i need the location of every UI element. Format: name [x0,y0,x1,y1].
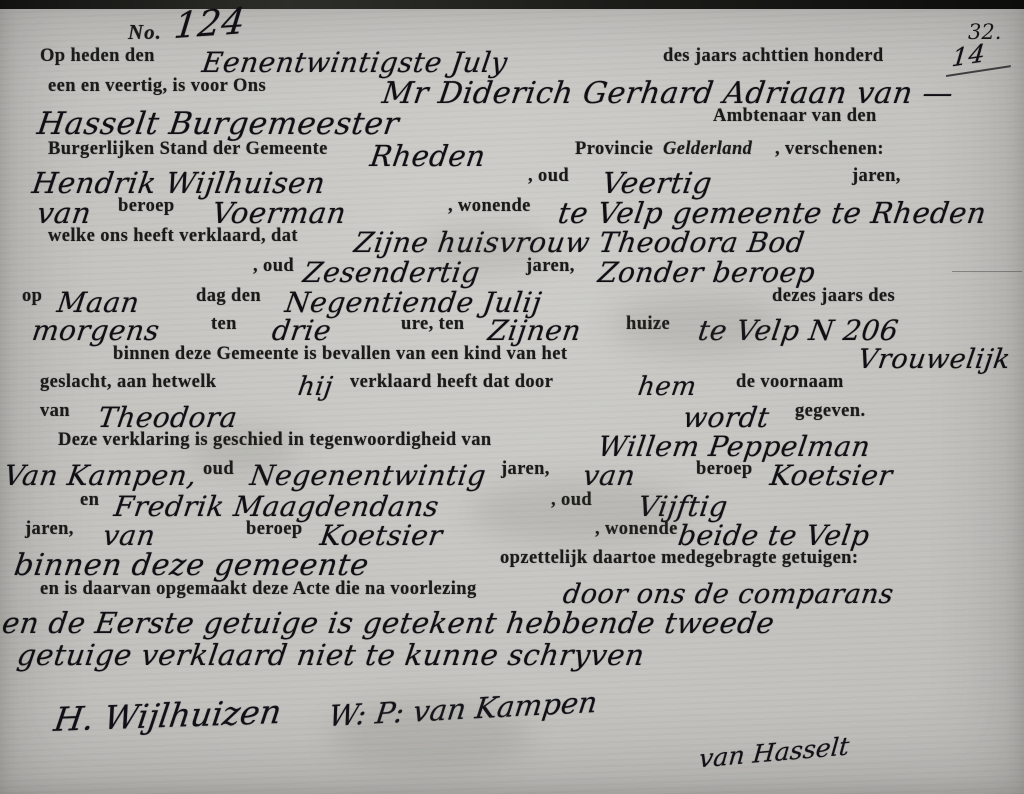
scan-scratch [952,271,1022,272]
handwritten-text: van [581,459,638,492]
printed-text: ure, ten [401,314,465,335]
document-page: No. 124 32. 14 Op heden denEenentwintigs… [0,0,1024,794]
printed-text: verklaard heeft dat door [350,372,553,393]
document-line: binnen deze gemeenteopzettelijk daartoe … [0,548,1024,582]
document-line: welke ons heeft verklaard, datZijne huis… [0,226,1024,260]
printed-text: jaren, [852,166,901,187]
handwritten-text: hij [296,372,335,402]
printed-text: geslacht, aan hetwelk [40,372,216,393]
document-line: Van Kampen,oudNegenentwintigjaren,vanber… [0,459,1024,493]
printed-text: en [80,490,99,511]
printed-text: op [22,286,42,307]
handwritten-text: te Velp N 206 [696,314,901,347]
document-line: Hasselt BurgemeesterAmbtenaar van den [0,106,1024,140]
handwritten-text: van [35,196,94,230]
handwritten-text: binnen deze gemeente [12,548,371,583]
printed-text: Burgerlijken Stand der Gemeente [48,139,328,160]
document-line: Hendrik Wijlhuisen, oudVeertigjaren, [0,166,1024,200]
handwritten-text: en de Eerste getuige is getekent hebbend… [0,606,777,640]
act-number-value: 124 [172,1,247,47]
printed-text: een en veertig, is voor Ons [48,76,266,97]
printed-text: , wonende [448,196,531,217]
printed-text: , wonende [595,519,678,540]
printed-text: en is daarvan opgemaakt deze Acte die na… [40,579,477,600]
document-line: en de Eerste getuige is getekent hebbend… [0,606,1024,640]
handwritten-text: Zijnen [486,314,583,347]
printed-text: jaren, [501,459,550,480]
handwritten-text: Zesendertig [301,256,482,289]
printed-text: jaren, [25,519,74,540]
printed-text: beroep [696,459,753,480]
printed-text: jaren, [526,256,575,277]
handwritten-text: te Velp gemeente te Rheden [556,196,989,230]
handwritten-text: getuige verklaard niet te kunne schryven [15,638,647,672]
printed-text: beroep [246,519,303,540]
handwritten-text: Zonder beroep [596,256,817,289]
handwritten-text: Negenentwintig [248,459,488,492]
handwritten-text: hem [636,372,699,402]
handwritten-text: Eenentwintigste July [200,46,510,79]
handwritten-text: Hendrik Wijlhuisen [30,166,328,200]
handwritten-text: Koetsier [768,459,895,492]
printed-text: Op heden den [40,46,155,67]
act-number-label: No. [128,20,162,45]
printed-text: Gelderland [663,139,752,160]
document-line: Op heden denEenentwintigste Julydes jaar… [0,46,1024,80]
printed-text: Deze verklaring is geschied in tegenwoor… [58,430,492,451]
document-line: vanberoepVoerman, wonendete Velp gemeent… [0,196,1024,230]
printed-text: , oud [253,256,294,277]
document-line: , oudZesendertigjaren,Zonder beroep [0,256,1024,290]
printed-text: beroep [118,196,175,217]
printed-text: , oud [528,166,569,187]
printed-text: , oud [551,490,592,511]
printed-text: binnen deze Gemeente is bevallen van een… [113,344,567,365]
handwritten-text: Van Kampen, [2,459,199,492]
printed-text: gegeven. [795,401,866,422]
printed-text: ten [211,314,237,335]
printed-text: van [40,401,70,422]
printed-text: Provincie [575,139,653,160]
printed-text: welke ons heeft verklaard, dat [48,226,298,247]
printed-text: huize [626,314,670,335]
signature: W: P: van Kampen [327,685,599,733]
printed-text: dezes jaars des [772,286,895,307]
handwritten-text: Veertig [600,166,714,200]
printed-text: dag den [196,286,261,307]
scan-edge [0,0,1024,9]
handwritten-text: Voerman [210,196,349,230]
printed-text: opzettelijk daartoe medegebragte getuige… [500,548,858,569]
printed-text: des jaars achttien honderd [663,46,884,67]
document-line: morgenstendrieure, tenZijnenhuizete Velp… [0,314,1024,348]
document-line: een en veertig, is voor OnsMr Diderich G… [0,76,1024,110]
handwritten-text: Zijne huisvrouw Theodora Bod [352,226,807,259]
handwritten-text: drie [270,314,333,347]
handwritten-text: morgens [30,314,162,347]
handwritten-text: Vrouwelijk [856,344,1013,375]
signature: van Hasselt [698,732,851,774]
printed-text: oud [203,459,234,480]
printed-text: de voornaam [736,372,844,393]
printed-text: , verschenen: [775,139,884,160]
printed-text: Ambtenaar van den [713,106,877,127]
signature: H. Wijlhuizen [52,692,284,739]
handwritten-text: Hasselt Burgemeester [35,106,401,142]
document-line: getuige verklaard niet te kunne schryven [0,638,1024,672]
